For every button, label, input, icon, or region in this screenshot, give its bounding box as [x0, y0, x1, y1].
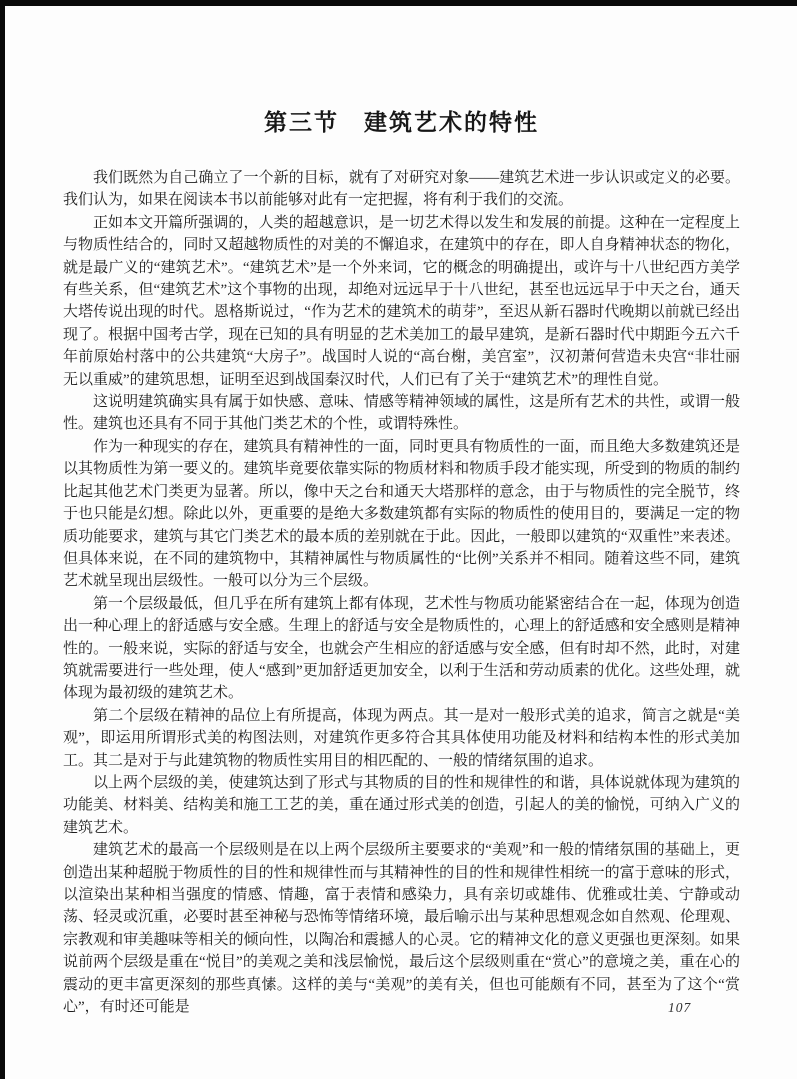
scan-edge-top [0, 0, 797, 6]
page-number: 107 [668, 1000, 691, 1016]
body-paragraph: 正如本文开篇所强调的，人类的超越意识，是一切艺术得以发生和发展的前提。这种在一定… [63, 212, 740, 391]
page-content: 第三节 建筑艺术的特性 我们既然为自己确立了一个新的目标，就有了对研究对象——建… [63, 104, 740, 1018]
body-paragraph: 这说明建筑确实具有属于如快感、意味、情感等精神领域的属性，这是所有艺术的共性，或… [63, 391, 740, 436]
body-paragraph: 第二个层级在精神的品位上有所提高，体现为两点。其一是对一般形式美的追求，简言之就… [63, 705, 740, 772]
section-title: 第三节 建筑艺术的特性 [63, 104, 740, 137]
body-text: 我们既然为自己确立了一个新的目标，就有了对研究对象——建筑艺术进一步认识或定义的… [63, 167, 740, 1018]
body-paragraph: 以上两个层级的美，使建筑达到了形式与其物质的目的性和规律性的和谐，具体说就体现为… [63, 772, 740, 839]
body-paragraph: 建筑艺术的最高一个层级则是在以上两个层级所主要要求的“美观”和一般的情绪氛围的基… [63, 839, 740, 1018]
body-paragraph: 第一个层级最低，但几乎在所有建筑上都有体现，艺术性与物质功能紧密结合在一起，体现… [63, 593, 740, 705]
scan-edge-left [0, 0, 5, 1079]
book-page: 第三节 建筑艺术的特性 我们既然为自己确立了一个新的目标，就有了对研究对象——建… [0, 0, 797, 1079]
body-paragraph: 作为一种现实的存在，建筑具有精神性的一面，同时更具有物质性的一面，而且绝大多数建… [63, 436, 740, 593]
body-paragraph: 我们既然为自己确立了一个新的目标，就有了对研究对象——建筑艺术进一步认识或定义的… [63, 167, 740, 212]
